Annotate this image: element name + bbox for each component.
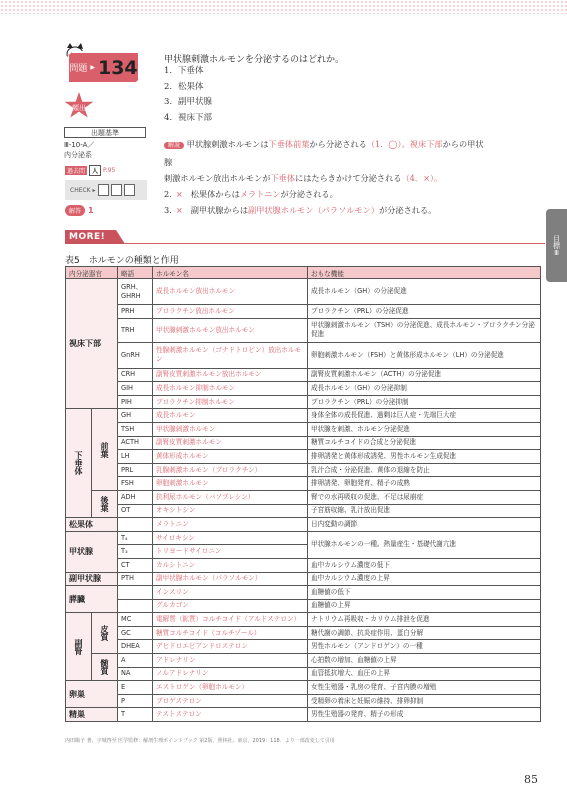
table-row: TSH甲状腺刺激ホルモン甲状腺を刺激、ホルモン分泌促進: [66, 422, 541, 436]
table-row: Pプロゲステロン受精卵の着床と妊娠の維持、排卵抑制: [66, 694, 541, 708]
table-row: 膵臓 インスリン血糖値の低下: [66, 586, 541, 600]
check-boxes: CHECK ▸: [65, 180, 147, 200]
organ-thyroid: 甲状腺: [66, 531, 118, 572]
explanation: 解説 甲状腺刺激ホルモンは下垂体前葉から分泌される（1．◯）。視床下部からの甲状…: [164, 136, 484, 218]
criteria-value-1: Ⅲ-10-A／: [64, 140, 146, 150]
table-row: 視床下部 GRH、GHRH成長ホルモン放出ホルモン成長ホルモン（GH）の分泌促進: [66, 279, 541, 305]
table-row: PRL乳腺刺激ホルモン（プロラクチン）乳汁合成・分泌促進、黄体の退縮を防止: [66, 463, 541, 477]
check-label: CHECK ▸: [70, 187, 96, 194]
exam-criteria: 出題基準 Ⅲ-10-A／ 内分泌系: [64, 127, 146, 160]
table-row: 副腎 皮質 MC電解質（鉱質）コルチコイド（アルドステロン）ナトリウム再吸収・カ…: [66, 613, 541, 627]
sub-cortex: 皮質: [92, 613, 118, 654]
option-1: 1.下垂体: [164, 64, 212, 80]
table-row: GC糖質コルチコイド（コルチゾール）糖代謝の調節、抗炎症作用、蛋白分解: [66, 626, 541, 640]
criteria-value-2: 内分泌系: [64, 150, 146, 160]
past-exam-reference: 過去問 人 P.95: [65, 165, 115, 176]
check-box-3[interactable]: [124, 184, 135, 196]
hormone-table: 内分泌器官 略語 ホルモン名 おもな機能 視床下部 GRH、GHRH成長ホルモン…: [65, 266, 541, 722]
past-grade: 人: [89, 165, 101, 176]
table-row: DHEAデヒドロエピアンドロステロン男性ホルモン（アンドロゲン）の一種: [66, 640, 541, 654]
organ-pancreas: 膵臓: [66, 586, 118, 613]
explanation-line-2: 刺激ホルモン放出ホルモンが下垂体にはたらきかけて分泌される（4．×）。: [164, 170, 484, 186]
table-row: LH黄体形成ホルモン排卵誘発と黄体形成誘発、男性ホルモン生成促進: [66, 450, 541, 464]
table-row: CRH副腎皮質刺激ホルモン放出ホルモン副腎皮質刺激ホルモン（ACTH）の分泌促進: [66, 368, 541, 382]
table-row: 下垂体 前葉 GH成長ホルモン身体全体の成長促進、過剰は巨人症・先端巨大症: [66, 409, 541, 423]
arrow-icon: ▶: [90, 64, 95, 71]
citation: 内田陽子 著、宇城啓至 医学監修：解剖生理ポイントブック 第2版、照林社、東京、…: [65, 737, 335, 744]
organ-pineal: 松果体: [66, 518, 118, 532]
header-abbr: 略語: [118, 267, 153, 279]
table-row: FSH卵胞刺激ホルモン排卵誘発、卵胞発育、精子の成熟: [66, 477, 541, 491]
header-function: おもな機能: [308, 267, 541, 279]
more-label: MORE!: [65, 230, 125, 244]
dotted-header-band: [0, 0, 567, 14]
organ-pituitary: 下垂体: [66, 409, 92, 518]
answer-options: 1.下垂体 2.松果体 3.副甲状腺 4.視床下部: [164, 64, 212, 126]
question-number-badge: 問題 ▶ 134: [67, 51, 140, 84]
check-box-1[interactable]: [98, 184, 109, 196]
table-row: TRH甲状腺刺激ホルモン放出ホルモン甲状腺刺激ホルモン（TSH）の分泌促進、成長…: [66, 318, 541, 342]
page-number: 85: [524, 773, 538, 786]
header-organ: 内分泌器官: [66, 267, 118, 279]
organ-adrenal: 副腎: [66, 613, 92, 681]
table-row: 副甲状腺 PTH副甲状腺ホルモン（パラソルモン）血中カルシウム濃度の上昇: [66, 572, 541, 586]
table-title: 表5 ホルモンの種類と作用: [65, 253, 179, 266]
table-row: GnRH性腺刺激ホルモン（ゴナドトロピン）放出ホルモン卵胞刺激ホルモン（FSH）…: [66, 342, 541, 368]
organ-ovary: 卵巣: [66, 681, 118, 708]
table-row: 後葉 ADH抗利尿ホルモン（バソプレシン）腎での水再吸収の促進、不足は尿崩症: [66, 490, 541, 504]
frequent-label: 頻出: [72, 103, 86, 113]
check-box-2[interactable]: [111, 184, 122, 196]
question-number: 134: [98, 57, 138, 79]
explanation-tag: 解説: [164, 142, 184, 149]
table-row: 精巣 Tテストステロン男性生殖器の発育、精子の形成: [66, 708, 541, 722]
table-row: OTオキシトシン子宮筋収縮、乳汁放出促進: [66, 504, 541, 518]
answer-value: 1: [88, 206, 94, 215]
more-section-header: MORE!: [65, 230, 545, 244]
sub-medulla: 髄質: [92, 654, 118, 681]
answer-label: 解答: [65, 205, 85, 216]
explanation-item-2: 2.×松果体からはメラトニンが分泌される。: [164, 186, 484, 202]
table-header-row: 内分泌器官 略語 ホルモン名 おもな機能: [66, 267, 541, 279]
table-row: 髄質 Aアドレナリン心拍数の増加、血糖値の上昇: [66, 654, 541, 668]
option-4: 4.視床下部: [164, 111, 212, 127]
table-row: CTカルシトニン血中カルシウム濃度の低下: [66, 558, 541, 572]
table-row: ACTH副腎皮質刺激ホルモン糖質コルチコイドの合成と分泌促進: [66, 436, 541, 450]
table-row: 甲状腺 T₄サイロキシン 甲状腺ホルモンの一種。熱量産生・基礎代謝亢進: [66, 531, 541, 545]
organ-parathyroid: 副甲状腺: [66, 572, 118, 586]
explanation-item-3: 3.×副甲状腺からは副甲状腺ホルモン（パラソルモン）が分泌される。: [164, 202, 484, 218]
question-label: 問題: [69, 61, 87, 74]
chapter-side-tab[interactable]: 目標Ⅲ: [546, 209, 567, 282]
criteria-header: 出題基準: [64, 127, 146, 138]
sub-anterior: 前葉: [92, 409, 118, 491]
past-page: P.95: [103, 167, 115, 174]
table-row: GIH成長ホルモン抑制ホルモン成長ホルモン（GH）の分泌抑制: [66, 382, 541, 396]
header-name: ホルモン名: [153, 267, 308, 279]
table-row: 卵巣 Eエストロゲン（卵胞ホルモン）女性生殖器・乳房の発育、子宮内膜の増殖: [66, 681, 541, 695]
past-label: 過去問: [65, 166, 87, 175]
frequent-star-badge: 頻出: [64, 92, 94, 120]
table-row: 松果体 メラトニン日内変動の調節: [66, 518, 541, 532]
table-row: NAノルアドレナリン血管抵抗増大、血圧の上昇: [66, 667, 541, 681]
organ-testis: 精巣: [66, 708, 118, 722]
organ-hypothalamus: 視床下部: [66, 279, 118, 409]
sub-posterior: 後葉: [92, 490, 118, 517]
table-row: グルカゴン血糖値の上昇: [66, 599, 541, 613]
option-2: 2.松果体: [164, 80, 212, 96]
table-row: PRHプロラクチン放出ホルモンプロラクチン（PRL）の分泌促進: [66, 305, 541, 319]
explanation-line-1: 解説 甲状腺刺激ホルモンは下垂体前葉から分泌される（1．◯）。視床下部からの甲状…: [164, 136, 484, 170]
answer: 解答 1: [65, 205, 94, 216]
option-3: 3.副甲状腺: [164, 95, 212, 111]
table-row: PIHプロラクチン抑制ホルモンプロラクチン（PRL）の分泌抑制: [66, 395, 541, 409]
